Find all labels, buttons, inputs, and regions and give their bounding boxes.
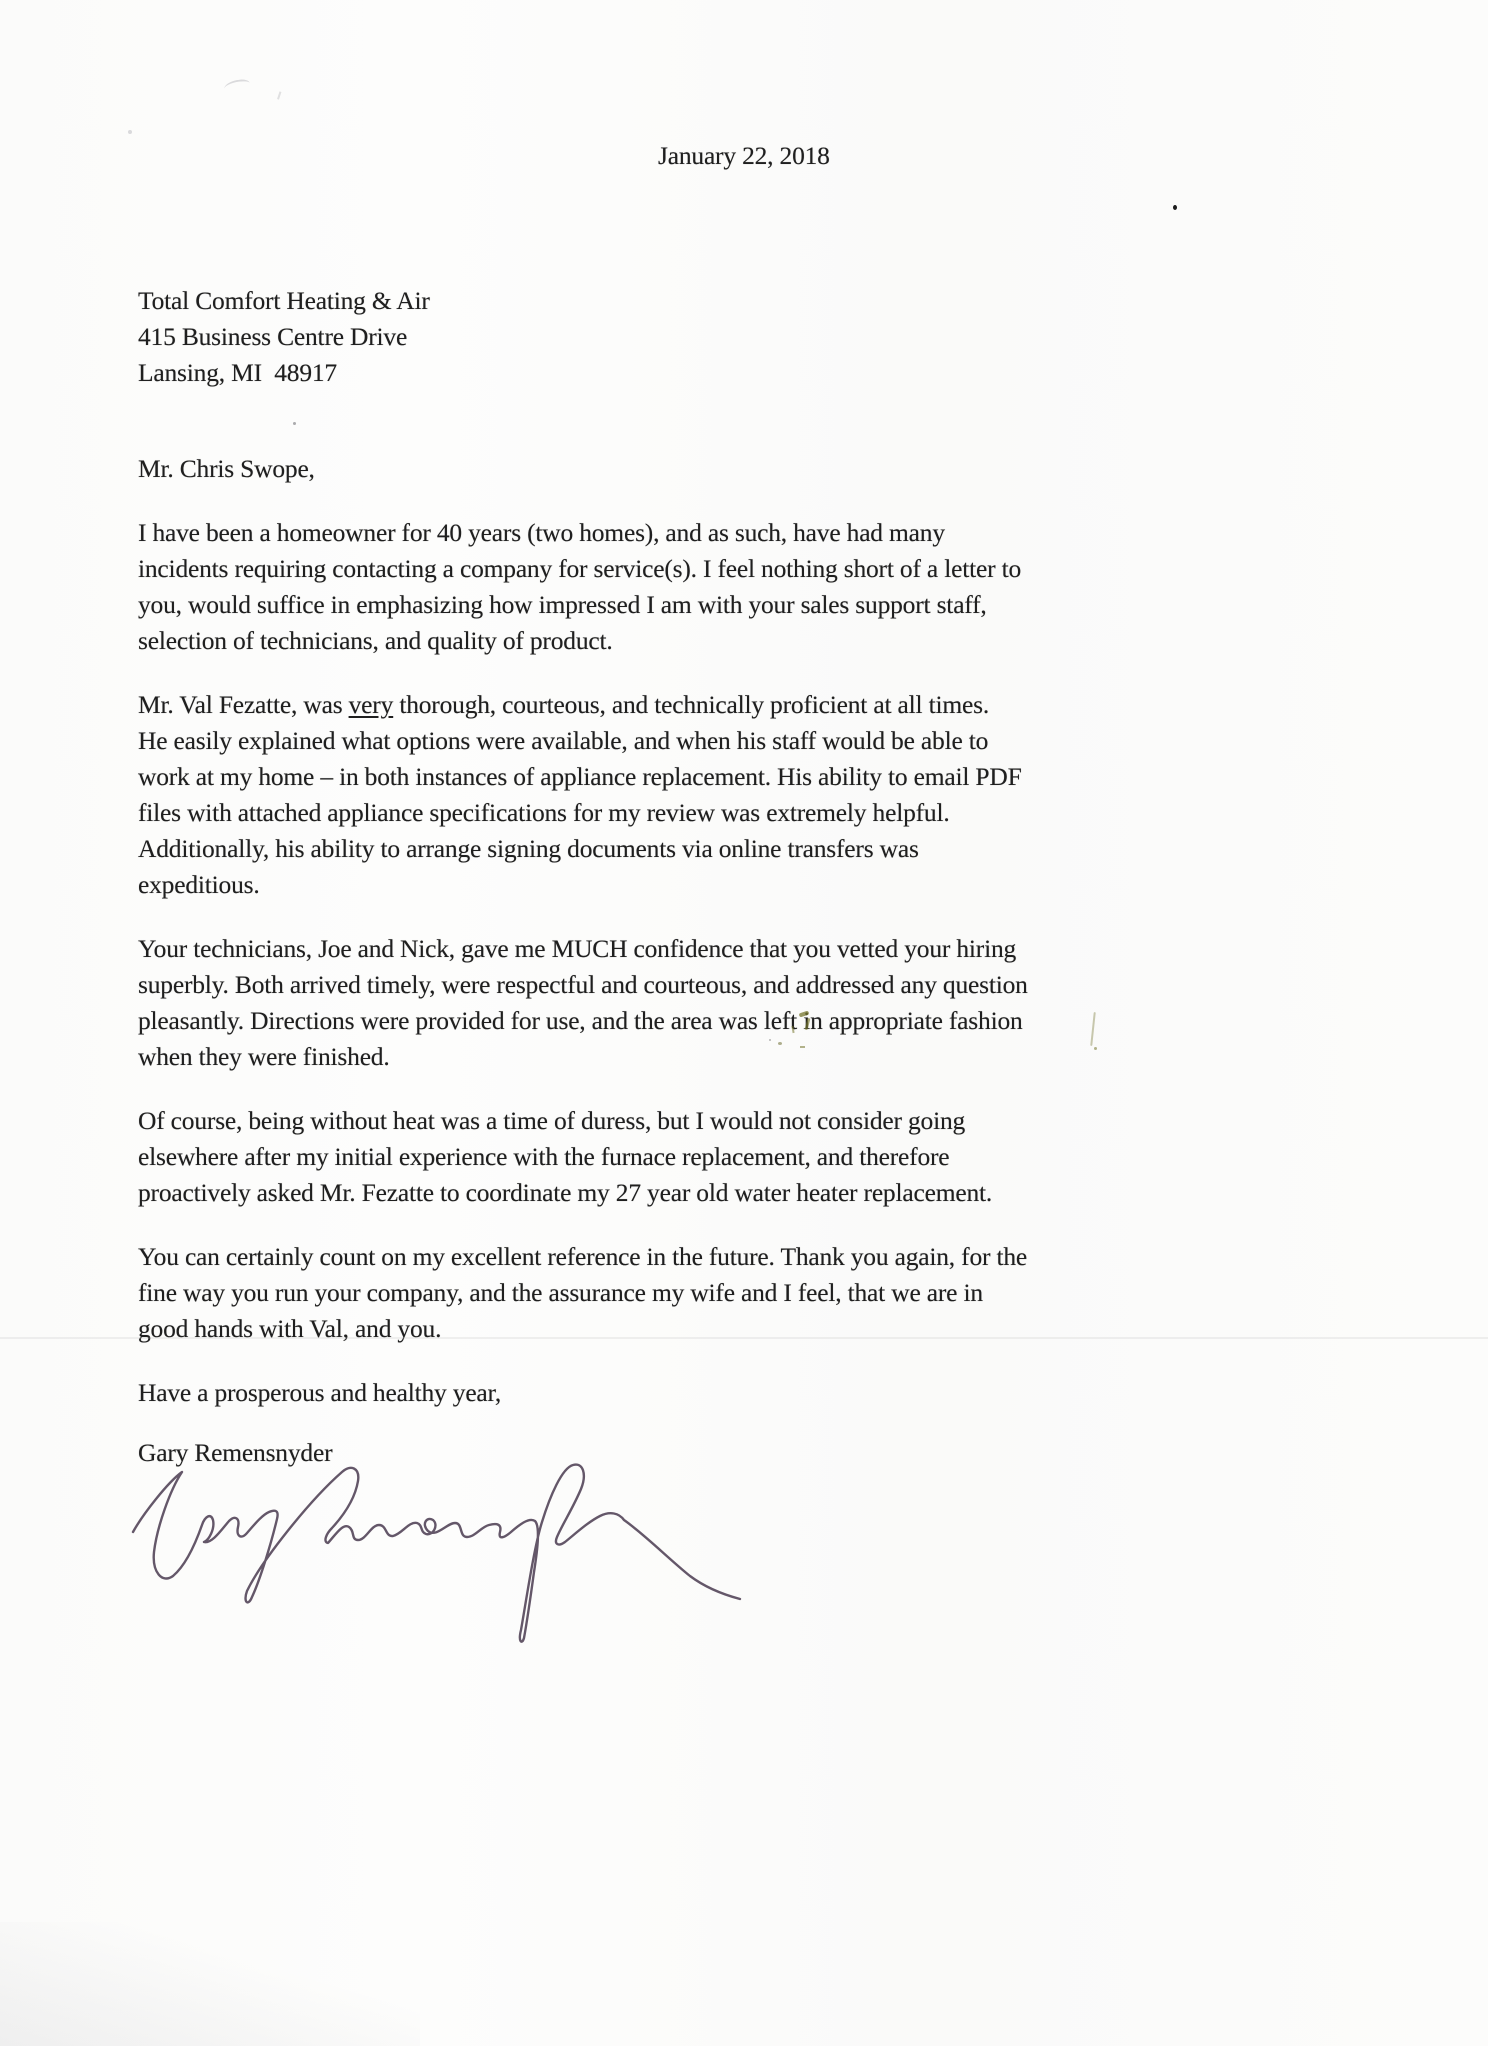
text-line: I have been a homeowner for 40 years (tw… [138,515,1488,551]
scanned-letter: { "letter": { "date": "January 22, 2018"… [0,0,1488,2046]
green-ink-smudge [778,1042,782,1045]
text-line: files with attached appliance specificat… [138,795,1488,831]
text-line: incidents requiring contacting a company… [138,551,1488,587]
scan-corner-shadow [0,1922,420,2046]
paragraph-4: Of course, being without heat was a time… [138,1103,1488,1211]
text-line: You can certainly count on my excellent … [138,1239,1488,1275]
paragraph-3: Your technicians, Joe and Nick, gave me … [138,931,1488,1075]
text-line: Mr. Val Fezatte, was very thorough, cour… [138,687,1488,723]
text-line: pleasantly. Directions were provided for… [138,1003,1488,1039]
text-line: Additionally, his ability to arrange sig… [138,831,1488,867]
text-line: fine way you run your company, and the a… [138,1275,1488,1311]
text-line: expeditious. [138,867,1488,903]
recipient-company-name: Total Comfort Heating & Air [138,283,1488,319]
text-line: when they were finished. [138,1039,1488,1075]
paragraph-5: You can certainly count on my excellent … [138,1239,1488,1347]
recipient-address-block: Total Comfort Heating & Air 415 Business… [138,283,1488,391]
text-line: Of course, being without heat was a time… [138,1103,1488,1139]
ink-dot [1173,205,1177,210]
closing-line: Have a prosperous and healthy year, [138,1375,1488,1411]
salutation: Mr. Chris Swope, [138,451,1488,487]
text-line: Your technicians, Joe and Nick, gave me … [138,931,1488,967]
paragraph-2: Mr. Val Fezatte, was very thorough, cour… [138,687,1488,903]
scan-speck [293,422,296,425]
text-line: good hands with Val, and you. [138,1311,1488,1347]
letter-page: January 22, 2018 Total Comfort Heating &… [0,0,1488,2046]
text-line: elsewhere after my initial experience wi… [138,1139,1488,1175]
text-line: selection of technicians, and quality of… [138,623,1488,659]
text-line: proactively asked Mr. Fezatte to coordin… [138,1175,1488,1211]
scanner-line-artifact [0,1337,1488,1339]
recipient-street: 415 Business Centre Drive [138,319,1488,355]
text-line: work at my home – in both instances of a… [138,759,1488,795]
letter-date: January 22, 2018 [658,138,1488,174]
text-line: He easily explained what options were av… [138,723,1488,759]
signature-handwriting [110,1452,770,1667]
recipient-city-state-zip: Lansing, MI 48917 [138,355,1488,391]
green-ink-smudge [1094,1047,1097,1050]
paragraph-1: I have been a homeowner for 40 years (tw… [138,515,1488,659]
scan-speck [769,1039,771,1041]
green-ink-smudge [800,1046,805,1048]
text-line: superbly. Both arrived timely, were resp… [138,967,1488,1003]
text-line: you, would suffice in emphasizing how im… [138,587,1488,623]
scan-smudge [128,130,132,134]
